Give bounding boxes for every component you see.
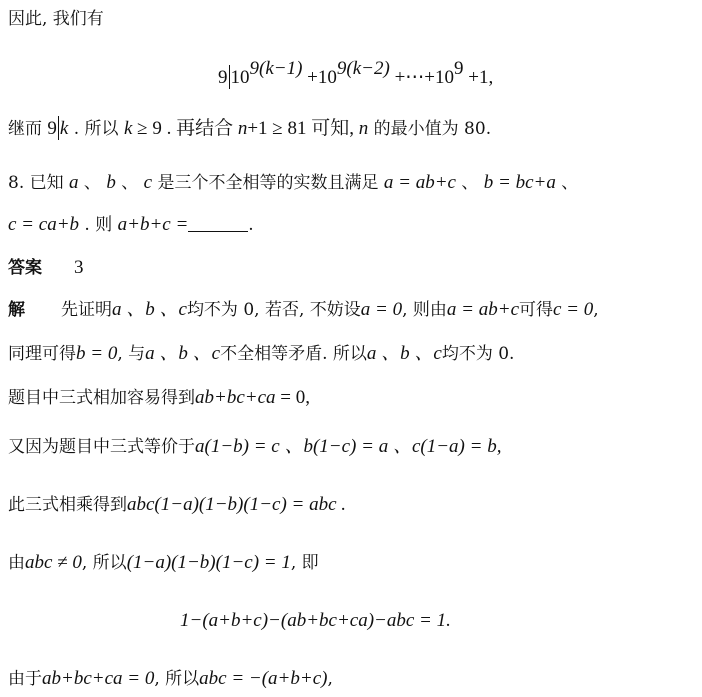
exponent-2: 9(k−2) [337,58,390,79]
text: . 则 [79,215,118,235]
math: a = 0 [361,299,402,320]
math: a(1−b) = c 、b(1−c) = a 、c(1−a) = b, [195,436,501,457]
text: , 所以 [82,553,127,573]
text: 可得 [519,300,553,320]
text: , 即 [291,553,319,573]
math: b [106,172,116,193]
intro-line: 因此, 我们有 [8,8,104,30]
divides-bar [58,116,59,140]
text: 先证明 [61,300,112,320]
math: b = bc+a [484,172,556,193]
text: 又因为题目中三式等价于 [8,437,195,457]
answer-label: 答案 [8,258,42,278]
text: 、 [116,173,144,193]
text: 是三个不全相等的实数且满足 [152,173,384,193]
text: 由于 [8,669,42,689]
math: 1−(a+b+c)−(ab+bc+ca)−abc = 1. [180,610,451,631]
answer-value: 3 [74,257,84,278]
math: (1−a)(1−b)(1−c) = 1 [127,552,291,573]
text: . 所以 [68,119,124,139]
solution-line-2: 同理可得b = 0, 与a 、b 、c不全相等矛盾. 所以a 、b 、c均不为 … [8,343,514,365]
text: 、 [556,173,578,193]
text: 均不为 0, 若否, 不妨设 [187,300,361,320]
math: a 、b 、c [367,343,442,364]
text: , [593,300,598,320]
math: a+b+c = [118,214,189,235]
text: , 所以 [154,669,199,689]
text: 不全相等矛盾. 所以 [220,344,367,364]
math: c = ca+b [8,214,79,235]
exponent-3: 9 [454,58,464,79]
term-2: +10 [302,67,336,88]
math: a [69,172,79,193]
divides-bar [229,65,230,89]
answer-blank [188,215,248,232]
term-4: +1, [464,67,494,88]
text: 、 [79,173,107,193]
solution-line-1: 解先证明a 、b 、c均不为 0, 若否, 不妨设a = 0, 则由a = ab… [8,299,599,321]
text: , [327,669,332,689]
math: 9 [47,118,57,139]
text: +1 ≥ 81 可知, [247,118,358,139]
math: a 、b 、c [145,343,220,364]
solution-line-5: 此三式相乘得到abc(1−a)(1−b)(1−c) = abc . [8,494,346,516]
math: c [144,172,152,193]
text: 此三式相乘得到 [8,495,127,515]
math: a 、b 、c [112,299,187,320]
text: = 0, [276,387,310,408]
divisor: 9 [218,67,228,88]
expanded-equation: 1−(a+b+c)−(ab+bc+ca)−abc = 1. [180,609,451,633]
math: abc = −(a+b+c) [199,668,327,689]
math: abc ≠ 0 [25,552,82,573]
solution-line-6: 由abc ≠ 0, 所以(1−a)(1−b)(1−c) = 1, 即 [8,552,319,574]
intro-text: 因此, 我们有 [8,9,104,29]
math: n [359,118,369,139]
question-8-line-2: c = ca+b . 则 a+b+c =. [8,214,254,236]
math: b = 0 [76,343,117,364]
math: a = ab+c [384,172,456,193]
text: 同理可得 [8,344,76,364]
exponent-1: 9(k−1) [250,58,303,79]
solution-line-7: 由于ab+bc+ca = 0, 所以abc = −(a+b+c), [8,668,333,690]
divisibility-equation: 9109(k−1) +109(k−2) +⋯+109 +1, [218,57,493,90]
solution-line-4: 又因为题目中三式等价于a(1−b) = c 、b(1−c) = a 、c(1−a… [8,436,501,458]
term-1: 10 [231,67,250,88]
text: 继而 [8,119,47,139]
conclusion-line: 继而 9k . 所以 k ≥ 9 . 再结合 n+1 ≥ 81 可知, n 的最… [8,116,491,140]
solution-line-3: 题目中三式相加容易得到ab+bc+ca = 0, [8,387,310,409]
text: 均不为 0. [442,344,515,364]
answer-line: 答案3 [8,257,84,279]
text: ≥ 9 . 再结合 [132,118,237,139]
text: , 则由 [402,300,447,320]
text: 的最小值为 80. [368,119,491,139]
math: c = 0 [553,299,593,320]
question-8-line-1: 8. 已知 a 、 b 、 c 是三个不全相等的实数且满足 a = ab+c 、… [8,172,578,194]
text: . [248,215,253,235]
text: 题目中三式相加容易得到 [8,388,195,408]
term-3: +⋯+10 [390,67,454,88]
text: 、 [456,173,484,193]
math: n [238,118,248,139]
solution-label: 解 [8,300,25,320]
math: ab+bc+ca = 0 [42,668,154,689]
math: a = ab+c [447,299,519,320]
math: ab+bc+ca [195,387,276,408]
math: abc(1−a)(1−b)(1−c) = abc . [127,494,346,515]
text: 由 [8,553,25,573]
text: , 与 [117,344,145,364]
text: 8. 已知 [8,173,69,193]
